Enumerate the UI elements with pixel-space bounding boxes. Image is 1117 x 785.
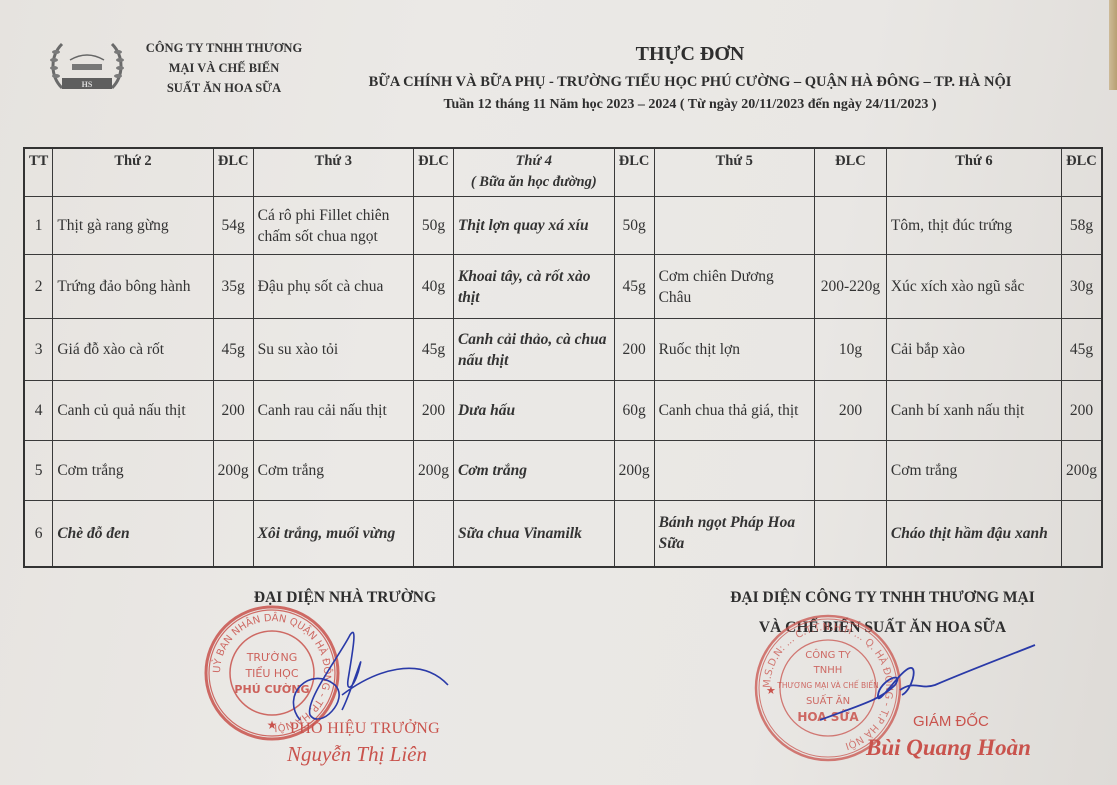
- title-block: THỰC ĐƠN BỮA CHÍNH VÀ BỮA PHỤ - TRƯỜNG T…: [320, 40, 1060, 116]
- portion-cell: 35g: [213, 255, 253, 319]
- portion-cell: 54g: [213, 197, 253, 255]
- svg-text:HS: HS: [82, 80, 93, 89]
- table-header-row: TT Thứ 2 ĐLC Thứ 3 ĐLC Thứ 4 ( Bữa ăn họ…: [24, 148, 1102, 197]
- table-row: 2Trứng đảo bông hành35gĐậu phụ sốt cà ch…: [24, 255, 1102, 319]
- table-row: 1Thịt gà rang gừng54gCá rô phi Fillet ch…: [24, 197, 1102, 255]
- row-number: 3: [24, 319, 53, 381]
- dish-cell: Canh rau cải nấu thịt: [253, 381, 413, 441]
- dish-cell: Sữa chua Vinamilk: [453, 501, 614, 567]
- portion-cell: [814, 501, 886, 567]
- column-header-note: ( Bữa ăn học đường): [458, 172, 610, 193]
- portion-cell: [413, 501, 453, 567]
- dish-cell: Canh bí xanh nấu thịt: [886, 381, 1061, 441]
- company-name-line: MẠI VÀ CHẾ BIẾN: [138, 58, 310, 78]
- dish-cell: Canh cải thảo, cà chua nấu thịt: [453, 319, 614, 381]
- laurel-wreath-logo-icon: HS: [48, 38, 126, 96]
- company-name-line: CÔNG TY TNHH THƯƠNG: [138, 38, 310, 58]
- portion-cell: [614, 501, 654, 567]
- portion-cell: 200g: [413, 441, 453, 501]
- portion-cell: [1061, 501, 1102, 567]
- column-header-dlc: ĐLC: [614, 148, 654, 197]
- school-signer-name: Nguyễn Thị Liên: [287, 742, 427, 767]
- menu-table: TT Thứ 2 ĐLC Thứ 3 ĐLC Thứ 4 ( Bữa ăn họ…: [23, 147, 1103, 568]
- dish-cell: Cơm trắng: [453, 441, 614, 501]
- page-subtitle: BỮA CHÍNH VÀ BỮA PHỤ - TRƯỜNG TIỂU HỌC P…: [320, 70, 1060, 94]
- portion-cell: 200g: [614, 441, 654, 501]
- column-header-tt: TT: [24, 148, 53, 197]
- dish-cell: Canh củ quả nấu thịt: [53, 381, 213, 441]
- portion-cell: [814, 441, 886, 501]
- row-number: 6: [24, 501, 53, 567]
- dish-cell: Bánh ngọt Pháp Hoa Sữa: [654, 501, 814, 567]
- portion-cell: 200: [213, 381, 253, 441]
- company-signer-role: GIÁM ĐỐC: [913, 713, 989, 730]
- dish-cell: Cơm trắng: [886, 441, 1061, 501]
- table-row: 6Chè đỗ đenXôi trắng, muối vừngSữa chua …: [24, 501, 1102, 567]
- portion-cell: 200: [1061, 381, 1102, 441]
- table-row: 3Giá đỗ xào cà rốt45gSu su xào tỏi45gCan…: [24, 319, 1102, 381]
- dish-cell: Khoai tây, cà rốt xào thịt: [453, 255, 614, 319]
- dish-cell: [654, 197, 814, 255]
- portion-cell: 58g: [1061, 197, 1102, 255]
- portion-cell: 45g: [614, 255, 654, 319]
- portion-cell: 200: [614, 319, 654, 381]
- dish-cell: Giá đỗ xào cà rốt: [53, 319, 213, 381]
- portion-cell: [213, 501, 253, 567]
- portion-cell: 60g: [614, 381, 654, 441]
- dish-cell: Cơm trắng: [53, 441, 213, 501]
- row-number: 5: [24, 441, 53, 501]
- column-header-thu-6: Thứ 6: [886, 148, 1061, 197]
- background-edge: [1109, 0, 1117, 90]
- column-header-thu-3: Thứ 3: [253, 148, 413, 197]
- portion-cell: 45g: [1061, 319, 1102, 381]
- row-number: 2: [24, 255, 53, 319]
- dish-cell: Tôm, thịt đúc trứng: [886, 197, 1061, 255]
- portion-cell: 200: [413, 381, 453, 441]
- svg-text:★: ★: [766, 685, 776, 697]
- column-header-dlc: ĐLC: [1061, 148, 1102, 197]
- portion-cell: 30g: [1061, 255, 1102, 319]
- dish-cell: Ruốc thịt lợn: [654, 319, 814, 381]
- week-range: Tuần 12 tháng 11 Năm học 2023 – 2024 ( T…: [320, 94, 1060, 116]
- portion-cell: 200: [814, 381, 886, 441]
- column-header-thu-5: Thứ 5: [654, 148, 814, 197]
- dish-cell: Canh chua thả giá, thịt: [654, 381, 814, 441]
- page-title: THỰC ĐƠN: [320, 40, 1060, 68]
- school-signer-role: PHÓ HIỆU TRƯỞNG: [290, 720, 440, 738]
- dish-cell: Cơm trắng: [253, 441, 413, 501]
- row-number: 4: [24, 381, 53, 441]
- dish-cell: Thịt gà rang gừng: [53, 197, 213, 255]
- company-name-line: SUẤT ĂN HOA SỮA: [138, 78, 310, 98]
- company-signer-name: Bùi Quang Hoàn: [866, 735, 1031, 761]
- row-number: 1: [24, 197, 53, 255]
- column-header-dlc: ĐLC: [413, 148, 453, 197]
- portion-cell: 45g: [413, 319, 453, 381]
- portion-cell: 40g: [413, 255, 453, 319]
- dish-cell: Dưa hấu: [453, 381, 614, 441]
- dish-cell: Cải bắp xào: [886, 319, 1061, 381]
- column-header-label: Thứ 4: [458, 151, 610, 172]
- portion-cell: 200g: [1061, 441, 1102, 501]
- portion-cell: 50g: [614, 197, 654, 255]
- portion-cell: 200g: [213, 441, 253, 501]
- column-header-dlc: ĐLC: [213, 148, 253, 197]
- table-row: 4Canh củ quả nấu thịt200Canh rau cải nấu…: [24, 381, 1102, 441]
- table-row: 5Cơm trắng200gCơm trắng200gCơm trắng200g…: [24, 441, 1102, 501]
- dish-cell: Su su xào tỏi: [253, 319, 413, 381]
- portion-cell: 10g: [814, 319, 886, 381]
- portion-cell: 45g: [213, 319, 253, 381]
- dish-cell: Xúc xích xào ngũ sắc: [886, 255, 1061, 319]
- portion-cell: [814, 197, 886, 255]
- dish-cell: Trứng đảo bông hành: [53, 255, 213, 319]
- dish-cell: Thịt lợn quay xá xíu: [453, 197, 614, 255]
- dish-cell: Cơm chiên Dương Châu: [654, 255, 814, 319]
- column-header-thu-2: Thứ 2: [53, 148, 213, 197]
- company-representative-line: ĐẠI DIỆN CÔNG TY TNHH THƯƠNG MẠI: [690, 583, 1075, 613]
- svg-text:★: ★: [267, 718, 278, 732]
- dish-cell: [654, 441, 814, 501]
- dish-cell: Đậu phụ sốt cà chua: [253, 255, 413, 319]
- dish-cell: Xôi trắng, muối vừng: [253, 501, 413, 567]
- dish-cell: Cá rô phi Fillet chiên chấm sốt chua ngọ…: [253, 197, 413, 255]
- column-header-dlc: ĐLC: [814, 148, 886, 197]
- portion-cell: 50g: [413, 197, 453, 255]
- company-name: CÔNG TY TNHH THƯƠNG MẠI VÀ CHẾ BIẾN SUẤT…: [138, 38, 310, 98]
- column-header-thu-4: Thứ 4 ( Bữa ăn học đường): [453, 148, 614, 197]
- dish-cell: Cháo thịt hầm đậu xanh: [886, 501, 1061, 567]
- dish-cell: Chè đỗ đen: [53, 501, 213, 567]
- portion-cell: 200-220g: [814, 255, 886, 319]
